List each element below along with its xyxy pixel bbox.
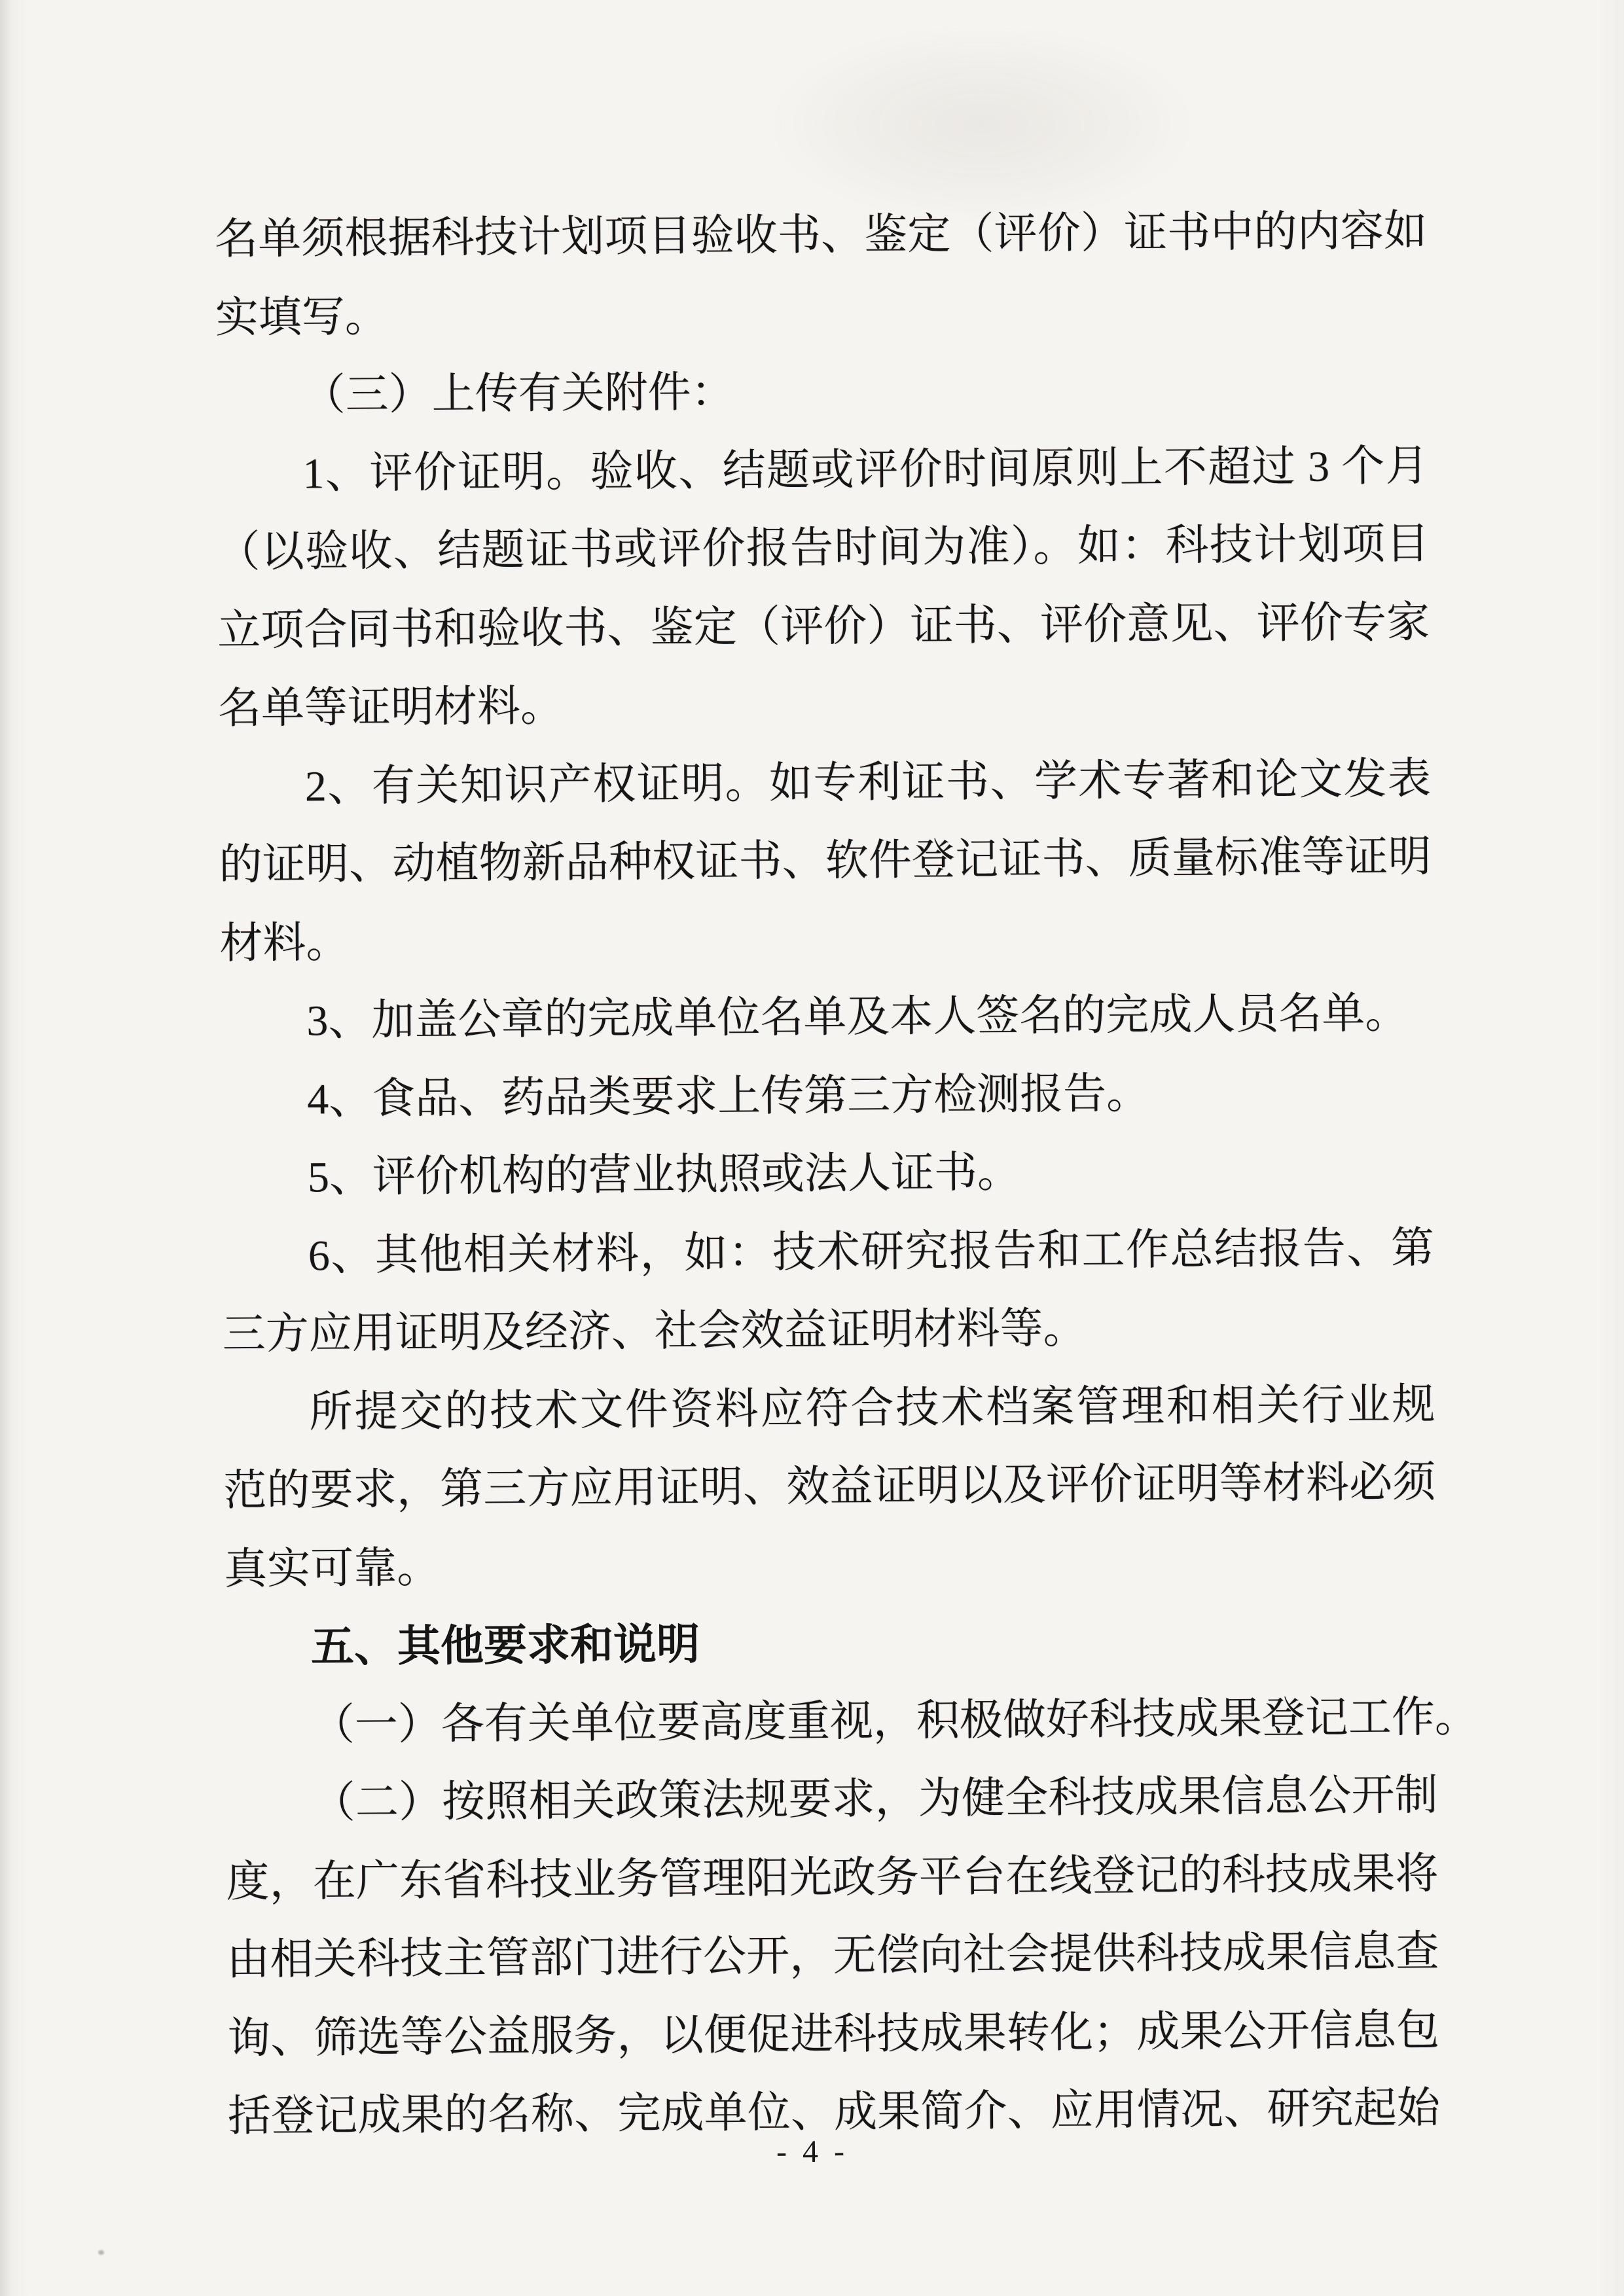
text-block: 名单须根据科技计划项目验收书、鉴定（评价）证书中的内容如实填写。（三）上传有关附… bbox=[215, 192, 1441, 2156]
text-line: 立项合同书和验收书、鉴定（评价）证书、评价意见、评价专家 bbox=[217, 583, 1430, 670]
text-line: 6、其他相关材料，如：技术研究报告和工作总结报告、第 bbox=[221, 1209, 1434, 1295]
text-line: 由相关科技主管部门进行公开，无偿向社会提供科技成果信息查 bbox=[226, 1913, 1439, 2000]
page-footer: - 4 - bbox=[0, 2132, 1624, 2172]
text-line: 名单等证明材料。 bbox=[218, 662, 1431, 748]
text-line: 的证明、动植物新品种权证书、软件登记证书、质量标准等证明 bbox=[219, 818, 1432, 905]
text-line: 三方应用证明及经济、社会效益证明材料等。 bbox=[222, 1287, 1435, 1374]
text-line: 真实可靠。 bbox=[224, 1522, 1437, 1608]
text-line: 询、筛选等公益服务，以便促进科技成果转化；成果公开信息包 bbox=[227, 1991, 1440, 2077]
text-line: 1、评价证明。验收、结题或评价时间原则上不超过 3 个月 bbox=[216, 427, 1429, 513]
text-line: （一）各有关单位要高度重视，积极做好科技成果登记工作。 bbox=[225, 1678, 1437, 1765]
text-line: 材料。 bbox=[219, 896, 1432, 982]
text-line: （三）上传有关附件： bbox=[215, 349, 1428, 435]
text-line: 名单须根据科技计划项目验收书、鉴定（评价）证书中的内容如 bbox=[215, 192, 1428, 279]
text-line: （二）按照相关政策法规要求，为健全科技成果信息公开制 bbox=[225, 1757, 1438, 1843]
text-line: 度，在广东省科技业务管理阳光政务平台在线登记的科技成果将 bbox=[226, 1835, 1439, 1921]
text-line: 2、有关知识产权证明。如专利证书、学术专著和论文发表 bbox=[218, 740, 1431, 826]
scan-edge-shadow bbox=[0, 0, 12, 2296]
text-line: 范的要求，第三方应用证明、效益证明以及评价证明等材料必须 bbox=[223, 1444, 1436, 1530]
section-heading-line: 五、其他要求和说明 bbox=[225, 1600, 1437, 1687]
text-line: （以验收、结题证书或评价报告时间为准）。如：科技计划项目 bbox=[217, 505, 1430, 592]
text-line: 5、评价机构的营业执照或法人证书。 bbox=[221, 1131, 1434, 1217]
scan-smudge bbox=[772, 26, 1191, 223]
text-line: 3、加盖公章的完成单位名单及本人签名的完成人员名单。 bbox=[220, 975, 1433, 1061]
text-line: 4、食品、药品类要求上传第三方检测报告。 bbox=[221, 1052, 1434, 1139]
text-line: 实填写。 bbox=[215, 270, 1428, 357]
page-number: - 4 - bbox=[776, 2132, 848, 2172]
scan-speck bbox=[98, 2250, 104, 2255]
scanned-document-page: 名单须根据科技计划项目验收书、鉴定（评价）证书中的内容如实填写。（三）上传有关附… bbox=[0, 0, 1624, 2296]
text-line: 所提交的技术文件资料应符合技术档案管理和相关行业规 bbox=[223, 1365, 1435, 1452]
